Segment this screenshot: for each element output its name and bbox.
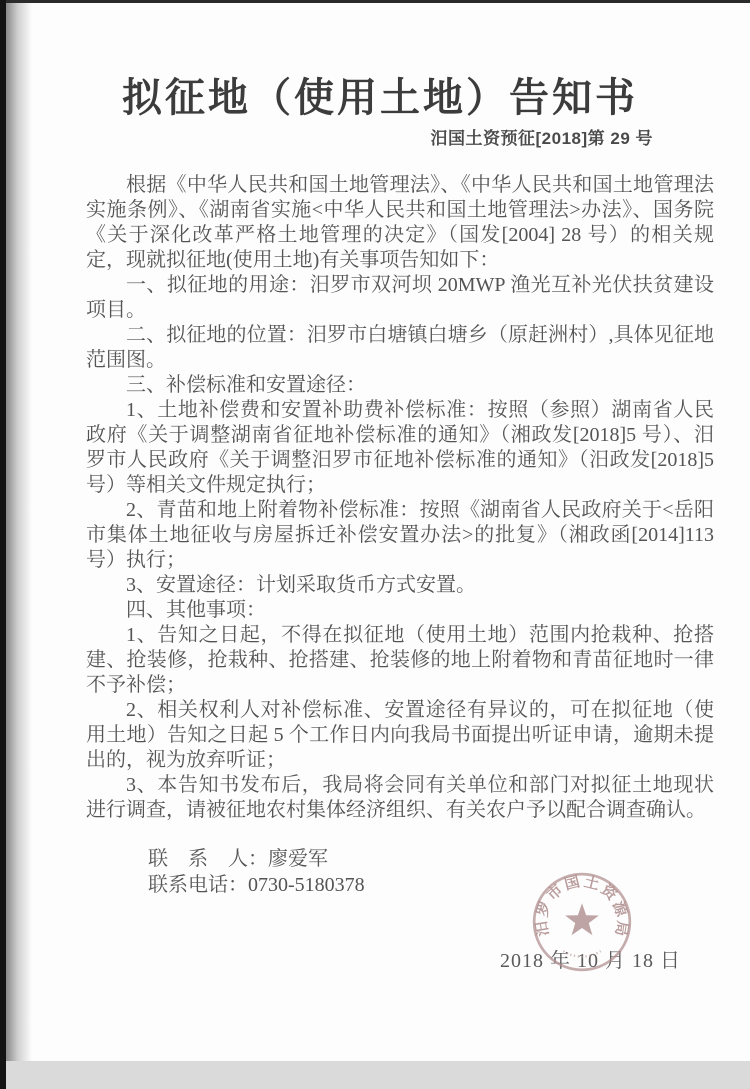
scanned-notice-page: { "document": { "title": "拟征地（使用土地）告知书",…	[0, 0, 750, 1089]
paragraph-resettlement: 3、安置途径：计划采取货币方式安置。	[86, 573, 714, 598]
scan-edge-top	[0, 0, 750, 3]
paragraph-hearing-rights: 2、相关权利人对补偿标准、安置途径有异议的，可在拟征地（使用土地）告知之日起 5…	[86, 698, 714, 773]
document-body: 根据《中华人民共和国土地管理法》、《中华人民共和国土地管理法实施条例》、《湖南省…	[86, 173, 714, 823]
paragraph-location: 二、拟征地的位置：汨罗市白塘镇白塘乡（原赶洲村）,具体见征地范围图。	[86, 323, 714, 373]
paragraph-compensation-heading: 三、补偿标准和安置途径：	[86, 373, 714, 398]
contact-person-line: 联 系 人：廖爱军	[148, 846, 365, 872]
scan-shadow-left	[6, 0, 32, 1089]
contact-person-value: 廖爱军	[268, 848, 328, 870]
contact-phone-label: 联系电话：	[148, 874, 248, 896]
paragraph-crops-compensation: 2、青苗和地上附着物补偿标准：按照《湖南省人民政府关于<岳阳市集体土地征收与房屋…	[86, 498, 714, 573]
contact-person-label: 联 系 人：	[148, 848, 268, 870]
seal-serial-dots	[563, 951, 600, 956]
star-icon	[565, 903, 599, 935]
paragraph-survey-cooperation: 3、本告知书发布后，我局将会同有关单位和部门对拟征土地现状进行调查，请被征地农村…	[86, 773, 714, 823]
paragraph-basis: 根据《中华人民共和国土地管理法》、《中华人民共和国土地管理法实施条例》、《湖南省…	[86, 173, 714, 273]
page-title: 拟征地（使用土地）告知书	[40, 66, 720, 123]
contact-phone-value: 0730-5180378	[248, 874, 365, 896]
paragraph-other-heading: 四、其他事项：	[86, 598, 714, 623]
document-number: 汨国土资预征[2018]第 29 号	[0, 124, 653, 149]
scan-edge-left	[0, 0, 6, 1089]
official-seal: 汨罗市国土资源局	[530, 870, 634, 974]
paragraph-no-rush-planting: 1、告知之日起，不得在拟征地（使用土地）范围内抢栽种、抢搭建、抢装修，抢栽种、抢…	[86, 623, 714, 698]
contact-phone-line: 联系电话：0730-5180378	[148, 872, 365, 898]
paragraph-land-compensation: 1、土地补偿费和安置补助费补偿标准：按照（参照）湖南省人民政府《关于调整湖南省征…	[86, 398, 714, 498]
paragraph-purpose: 一、拟征地的用途：汨罗市双河坝 20MWP 渔光互补光伏扶贫建设项目。	[86, 273, 714, 323]
scan-band-bottom	[0, 1061, 750, 1089]
contact-block: 联 系 人：廖爱军 联系电话：0730-5180378	[148, 846, 365, 898]
